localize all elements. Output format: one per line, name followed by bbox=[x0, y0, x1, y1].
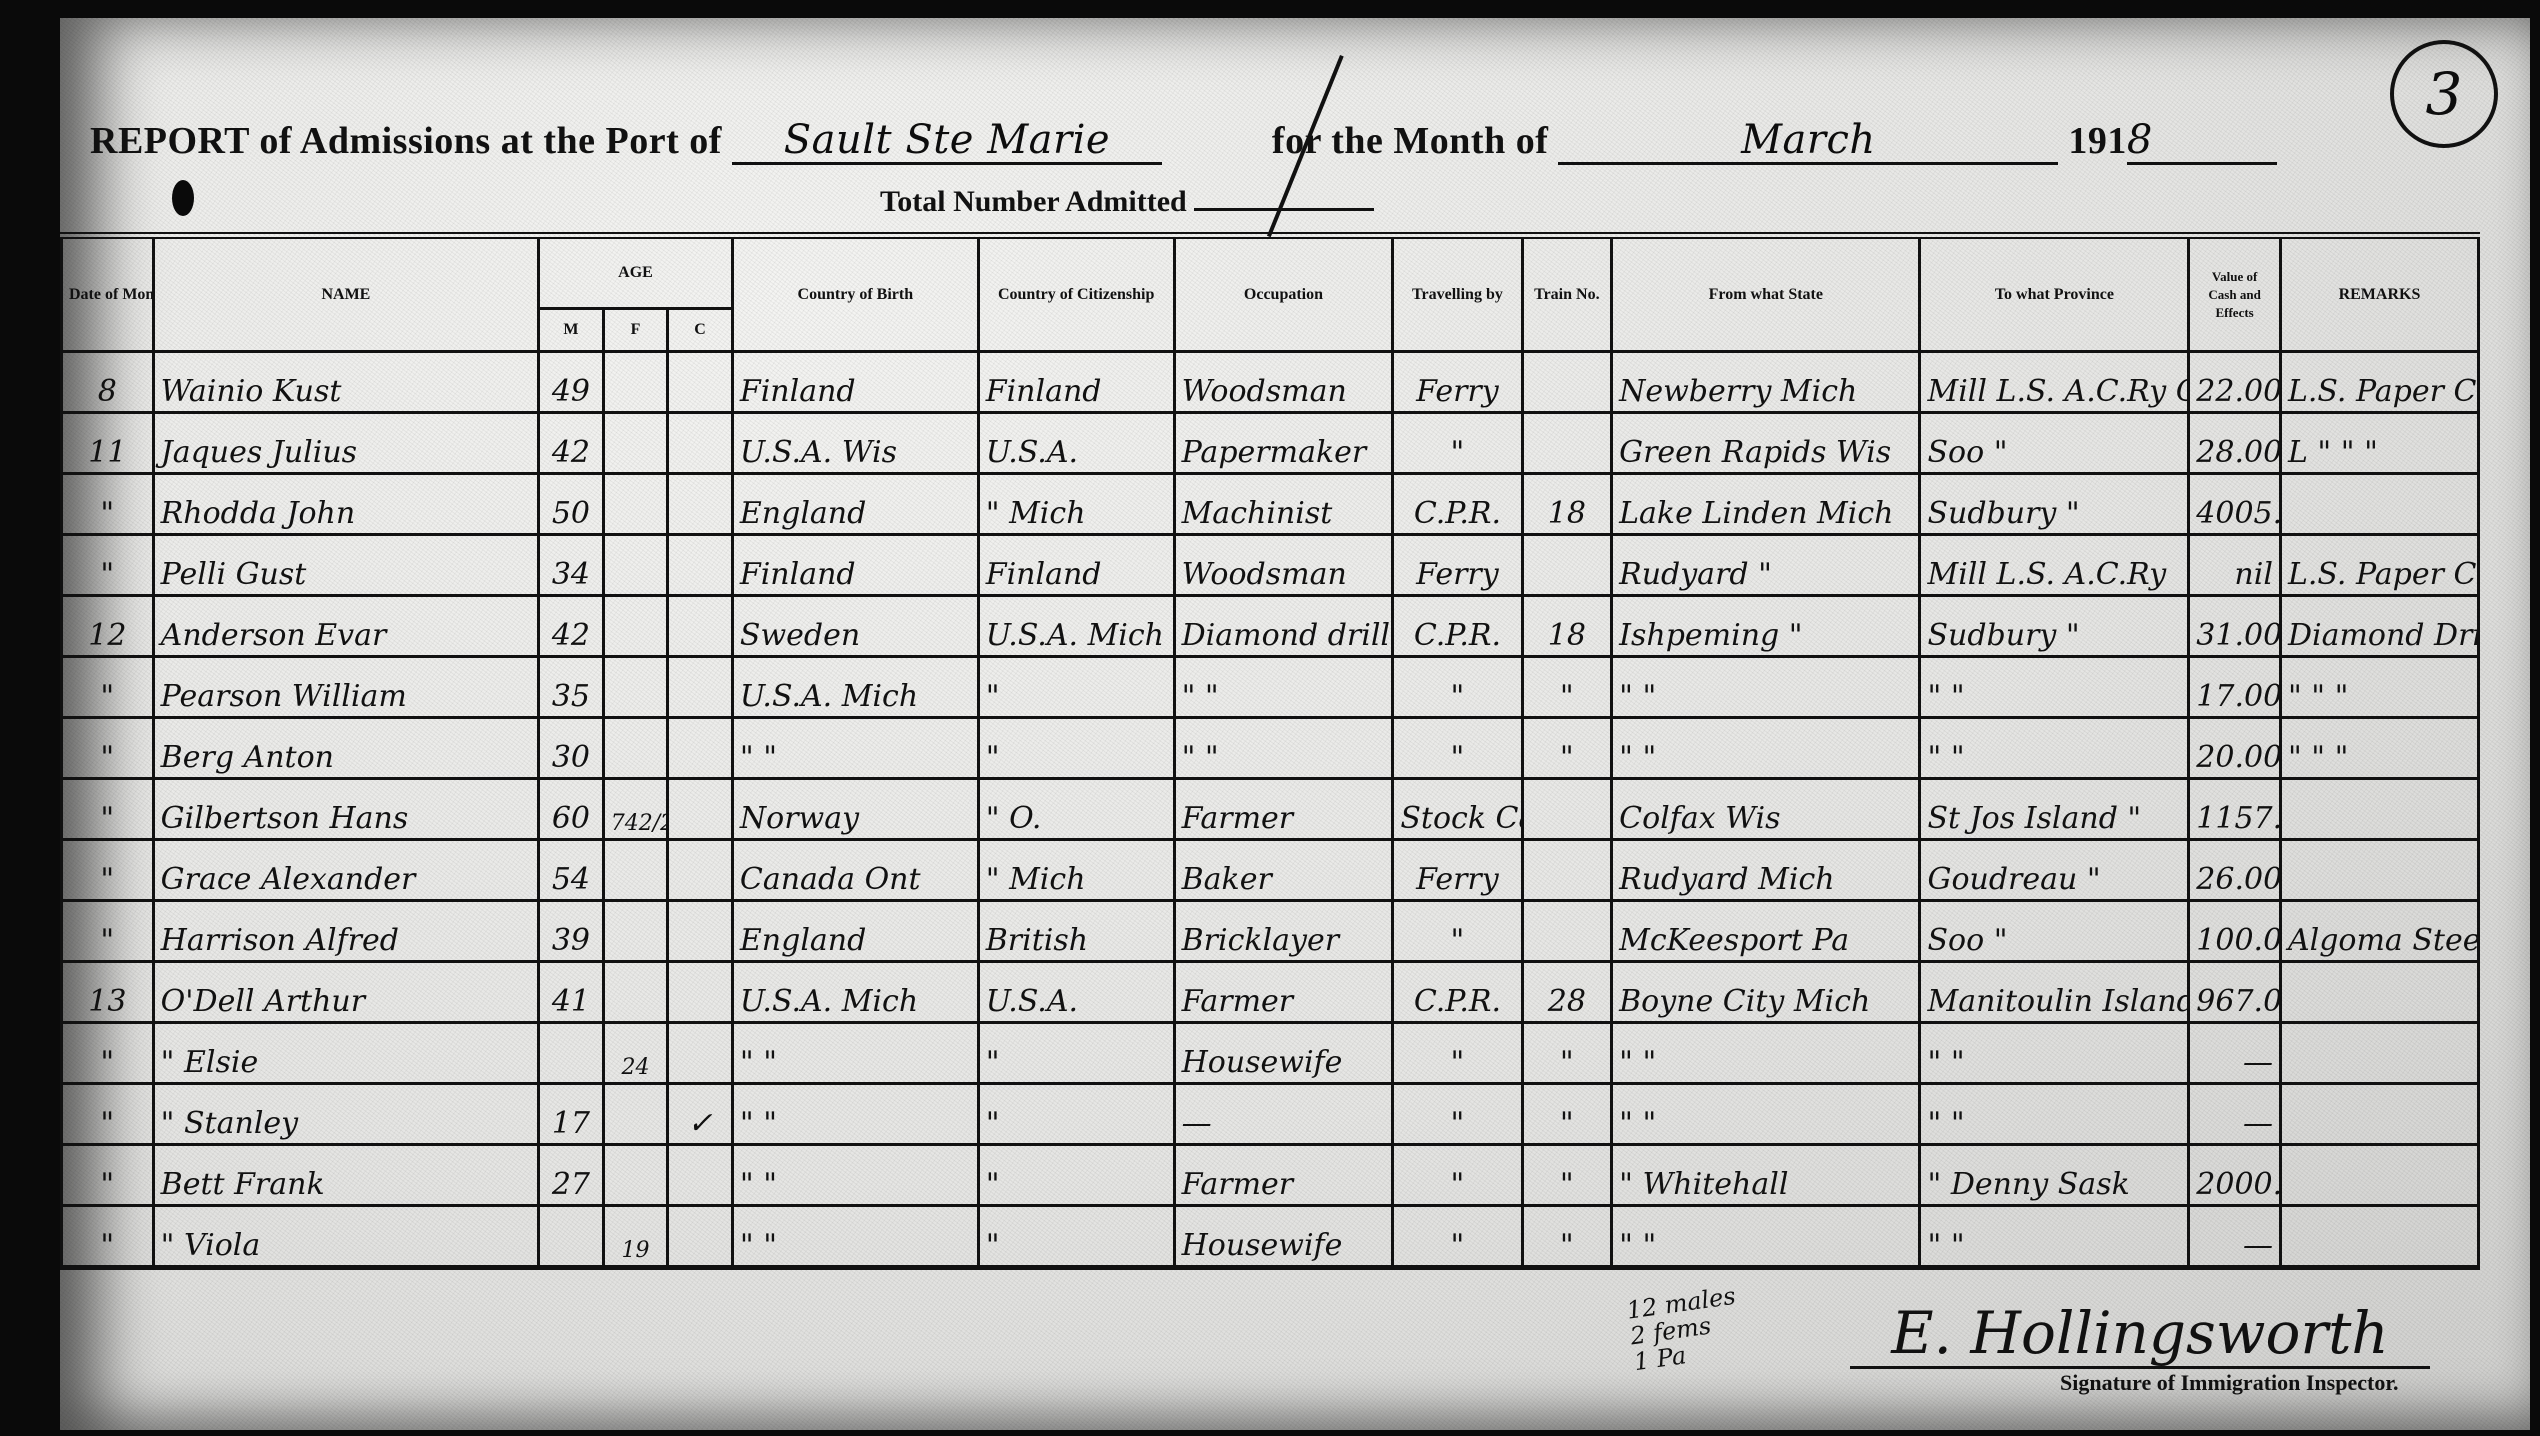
table-row: "Grace Alexander54Canada Ont" MichBakerF… bbox=[62, 840, 2479, 901]
cell-to-province: Soo " bbox=[1920, 901, 2189, 962]
cell-travelling: " bbox=[1393, 1145, 1522, 1206]
cell-name: Pearson William bbox=[153, 657, 538, 718]
cell-name: Pelli Gust bbox=[153, 535, 538, 596]
cell-to-province: Sudbury " bbox=[1920, 596, 2189, 657]
cell-remarks bbox=[2280, 962, 2478, 1023]
cell-travelling: C.P.R. bbox=[1393, 596, 1522, 657]
cell-name: " Elsie bbox=[153, 1023, 538, 1084]
cell-c bbox=[668, 1023, 733, 1084]
header-remarks: REMARKS bbox=[2280, 236, 2478, 352]
cell-birth: U.S.A. Wis bbox=[732, 413, 978, 474]
year-prefix: 191 bbox=[2068, 120, 2127, 162]
cell-name: " Stanley bbox=[153, 1084, 538, 1145]
cell-date: 12 bbox=[62, 596, 154, 657]
cell-citizenship: Finland bbox=[978, 535, 1174, 596]
cell-name: O'Dell Arthur bbox=[153, 962, 538, 1023]
cell-citizenship: U.S.A. Mich bbox=[978, 596, 1174, 657]
cell-date: " bbox=[62, 535, 154, 596]
cell-occupation: Machinist bbox=[1174, 474, 1393, 535]
cell-from-state: Ishpeming " bbox=[1612, 596, 1920, 657]
cell-name: Anderson Evar bbox=[153, 596, 538, 657]
signature-label: Signature of Immigration Inspector. bbox=[2060, 1370, 2399, 1396]
cell-date: " bbox=[62, 840, 154, 901]
tally-note: 12 males 2 fems 1 Pa bbox=[1625, 1283, 1744, 1375]
header-age-m: M bbox=[539, 309, 604, 352]
cell-citizenship: " bbox=[978, 718, 1174, 779]
cell-remarks bbox=[2280, 1206, 2478, 1268]
cell-birth: " " bbox=[732, 1084, 978, 1145]
page-number-circle: 3 bbox=[2390, 40, 2498, 148]
cell-travelling: Stock Car bbox=[1393, 779, 1522, 840]
cell-birth: Sweden bbox=[732, 596, 978, 657]
cell-m: 50 bbox=[539, 474, 604, 535]
cell-travelling: " bbox=[1393, 413, 1522, 474]
cell-date: " bbox=[62, 474, 154, 535]
table-row: "Bett Frank27" ""Farmer""" Whitehall" De… bbox=[62, 1145, 2479, 1206]
header-from-state: From what State bbox=[1612, 236, 1920, 352]
cell-cash: — bbox=[2189, 1206, 2281, 1268]
header-travelling: Travelling by bbox=[1393, 236, 1522, 352]
cell-train bbox=[1522, 901, 1612, 962]
cell-f bbox=[603, 413, 668, 474]
table-row: "Berg Anton30" """ """" "" "20.00" " " bbox=[62, 718, 2479, 779]
cell-train: 18 bbox=[1522, 596, 1612, 657]
cell-from-state: Boyne City Mich bbox=[1612, 962, 1920, 1023]
cell-train: " bbox=[1522, 1023, 1612, 1084]
table-row: 8Wainio Kust49FinlandFinlandWoodsmanFerr… bbox=[62, 352, 2479, 413]
cell-travelling: " bbox=[1393, 1084, 1522, 1145]
cell-occupation: Papermaker bbox=[1174, 413, 1393, 474]
report-title-line: REPORT of Admissions at the Port of Saul… bbox=[90, 118, 2277, 165]
cell-cash: — bbox=[2189, 1023, 2281, 1084]
cell-name: Wainio Kust bbox=[153, 352, 538, 413]
cell-m: 49 bbox=[539, 352, 604, 413]
cell-from-state: Lake Linden Mich bbox=[1612, 474, 1920, 535]
cell-c bbox=[668, 474, 733, 535]
cell-date: 11 bbox=[62, 413, 154, 474]
header-citizenship: Country of Citizenship bbox=[978, 236, 1174, 352]
cell-f bbox=[603, 352, 668, 413]
table-row: 11Jaques Julius42U.S.A. WisU.S.A.Paperma… bbox=[62, 413, 2479, 474]
header-to-province: To what Province bbox=[1920, 236, 2189, 352]
cell-train bbox=[1522, 779, 1612, 840]
cell-c bbox=[668, 901, 733, 962]
port-field: Sault Ste Marie bbox=[732, 118, 1162, 165]
cell-m: 42 bbox=[539, 596, 604, 657]
cell-f bbox=[603, 474, 668, 535]
cell-birth: England bbox=[732, 474, 978, 535]
cell-occupation: Diamond drill bbox=[1174, 596, 1393, 657]
cell-birth: U.S.A. Mich bbox=[732, 962, 978, 1023]
table-row: "" Viola19" ""Housewife""" "" "— bbox=[62, 1206, 2479, 1268]
cell-to-province: Soo " bbox=[1920, 413, 2189, 474]
cell-date: " bbox=[62, 779, 154, 840]
cell-f bbox=[603, 962, 668, 1023]
cell-travelling: " bbox=[1393, 1023, 1522, 1084]
cell-train: " bbox=[1522, 1084, 1612, 1145]
table-row: "Pelli Gust34FinlandFinlandWoodsmanFerry… bbox=[62, 535, 2479, 596]
header-occupation: Occupation bbox=[1174, 236, 1393, 352]
cell-name: Jaques Julius bbox=[153, 413, 538, 474]
cell-train bbox=[1522, 413, 1612, 474]
cell-cash: — bbox=[2189, 1084, 2281, 1145]
header-date: Date of Month bbox=[62, 236, 154, 352]
cell-to-province: St Jos Island " bbox=[1920, 779, 2189, 840]
table-row: "Rhodda John50England" MichMachinistC.P.… bbox=[62, 474, 2479, 535]
cell-date: " bbox=[62, 1084, 154, 1145]
cell-c bbox=[668, 840, 733, 901]
cell-train bbox=[1522, 840, 1612, 901]
cell-to-province: " " bbox=[1920, 1084, 2189, 1145]
cell-remarks: " " " bbox=[2280, 657, 2478, 718]
title-prefix: REPORT of Admissions at the Port of bbox=[90, 120, 722, 162]
cell-cash: 26.00 bbox=[2189, 840, 2281, 901]
cell-citizenship: " Mich bbox=[978, 474, 1174, 535]
cell-from-state: " " bbox=[1612, 1206, 1920, 1268]
cell-name: " Viola bbox=[153, 1206, 538, 1268]
cell-remarks: L.S. Paper Co bbox=[2280, 535, 2478, 596]
cell-to-province: Goudreau " bbox=[1920, 840, 2189, 901]
cell-c bbox=[668, 779, 733, 840]
cell-date: " bbox=[62, 1145, 154, 1206]
cell-f: 742/27 bbox=[603, 779, 668, 840]
cell-birth: Finland bbox=[732, 535, 978, 596]
cell-from-state: " " bbox=[1612, 657, 1920, 718]
cell-birth: " " bbox=[732, 1206, 978, 1268]
total-field bbox=[1194, 208, 1374, 211]
cell-occupation: Woodsman bbox=[1174, 535, 1393, 596]
cell-occupation: Farmer bbox=[1174, 962, 1393, 1023]
cell-from-state: Rudyard Mich bbox=[1612, 840, 1920, 901]
cell-to-province: " " bbox=[1920, 1023, 2189, 1084]
cell-remarks bbox=[2280, 1023, 2478, 1084]
cell-train: " bbox=[1522, 1145, 1612, 1206]
cell-birth: Norway bbox=[732, 779, 978, 840]
cell-from-state: " " bbox=[1612, 1023, 1920, 1084]
cell-occupation: Farmer bbox=[1174, 779, 1393, 840]
table-row: "" Elsie24" ""Housewife""" "" "— bbox=[62, 1023, 2479, 1084]
cell-c bbox=[668, 718, 733, 779]
cell-cash: 22.00 bbox=[2189, 352, 2281, 413]
cell-date: 8 bbox=[62, 352, 154, 413]
table-row: 12Anderson Evar42SwedenU.S.A. MichDiamon… bbox=[62, 596, 2479, 657]
cell-travelling: " bbox=[1393, 1206, 1522, 1268]
cell-occupation: Bricklayer bbox=[1174, 901, 1393, 962]
cell-c bbox=[668, 352, 733, 413]
cell-to-province: Manitoulin Island bbox=[1920, 962, 2189, 1023]
cell-from-state: Green Rapids Wis bbox=[1612, 413, 1920, 474]
cell-f bbox=[603, 1145, 668, 1206]
table-row: "Harrison Alfred39EnglandBritishBricklay… bbox=[62, 901, 2479, 962]
cell-c bbox=[668, 596, 733, 657]
cell-m bbox=[539, 1023, 604, 1084]
cell-f bbox=[603, 718, 668, 779]
cell-occupation: Housewife bbox=[1174, 1023, 1393, 1084]
cell-travelling: Ferry bbox=[1393, 840, 1522, 901]
cell-cash: 1157.00 bbox=[2189, 779, 2281, 840]
cell-remarks: Diamond Drill & Boyles bbox=[2280, 596, 2478, 657]
cell-date: " bbox=[62, 1023, 154, 1084]
cell-date: " bbox=[62, 657, 154, 718]
cell-cash: 20.00 bbox=[2189, 718, 2281, 779]
cell-travelling: C.P.R. bbox=[1393, 474, 1522, 535]
cell-m: 60 bbox=[539, 779, 604, 840]
cell-f: 19 bbox=[603, 1206, 668, 1268]
cell-cash: 31.00 bbox=[2189, 596, 2281, 657]
cell-citizenship: " bbox=[978, 1206, 1174, 1268]
cell-cash: 967.00 bbox=[2189, 962, 2281, 1023]
cell-f bbox=[603, 657, 668, 718]
cell-citizenship: " bbox=[978, 657, 1174, 718]
cell-c bbox=[668, 1145, 733, 1206]
cell-remarks: " " " bbox=[2280, 718, 2478, 779]
total-label: Total Number Admitted bbox=[880, 185, 1187, 218]
inspector-signature: E. Hollingsworth bbox=[1850, 1300, 2430, 1369]
cell-f bbox=[603, 1084, 668, 1145]
total-admitted-line: Total Number Admitted bbox=[880, 185, 1374, 219]
cell-remarks: L.S. Paper Co bbox=[2280, 352, 2478, 413]
cell-f: 24 bbox=[603, 1023, 668, 1084]
cell-remarks: L " " " bbox=[2280, 413, 2478, 474]
cell-cash: 100.00 bbox=[2189, 901, 2281, 962]
cell-train: " bbox=[1522, 657, 1612, 718]
admissions-table: Date of Month NAME AGE Country of Birth … bbox=[60, 232, 2480, 1270]
cell-citizenship: U.S.A. bbox=[978, 413, 1174, 474]
cell-travelling: Ferry bbox=[1393, 535, 1522, 596]
cell-travelling: " bbox=[1393, 718, 1522, 779]
cell-c bbox=[668, 657, 733, 718]
cell-citizenship: " Mich bbox=[978, 840, 1174, 901]
cell-cash: 28.00 bbox=[2189, 413, 2281, 474]
cell-from-state: " " bbox=[1612, 1084, 1920, 1145]
cell-c bbox=[668, 535, 733, 596]
cell-citizenship: " bbox=[978, 1084, 1174, 1145]
cell-m: 27 bbox=[539, 1145, 604, 1206]
cell-name: Berg Anton bbox=[153, 718, 538, 779]
cell-occupation: Baker bbox=[1174, 840, 1393, 901]
cell-travelling: " bbox=[1393, 657, 1522, 718]
cell-m: 30 bbox=[539, 718, 604, 779]
table-row: "" Stanley17✓" ""—""" "" "— bbox=[62, 1084, 2479, 1145]
cell-cash: 17.00 bbox=[2189, 657, 2281, 718]
table-row: "Gilbertson Hans60742/27Norway" O.Farmer… bbox=[62, 779, 2479, 840]
cell-occupation: " " bbox=[1174, 657, 1393, 718]
cell-travelling: " bbox=[1393, 901, 1522, 962]
cell-to-province: " " bbox=[1920, 1206, 2189, 1268]
header-birth: Country of Birth bbox=[732, 236, 978, 352]
cell-f bbox=[603, 535, 668, 596]
cell-name: Rhodda John bbox=[153, 474, 538, 535]
month-field: March bbox=[1558, 118, 2058, 165]
header-age-f: F bbox=[603, 309, 668, 352]
cell-m: 34 bbox=[539, 535, 604, 596]
cell-citizenship: " bbox=[978, 1145, 1174, 1206]
cell-birth: " " bbox=[732, 1145, 978, 1206]
cell-citizenship: U.S.A. bbox=[978, 962, 1174, 1023]
cell-remarks bbox=[2280, 1084, 2478, 1145]
cell-date: " bbox=[62, 901, 154, 962]
cell-c bbox=[668, 413, 733, 474]
cell-from-state: " Whitehall bbox=[1612, 1145, 1920, 1206]
cell-birth: " " bbox=[732, 1023, 978, 1084]
header-name: NAME bbox=[153, 236, 538, 352]
cell-from-state: Newberry Mich bbox=[1612, 352, 1920, 413]
cell-citizenship: " bbox=[978, 1023, 1174, 1084]
cell-travelling: Ferry bbox=[1393, 352, 1522, 413]
cell-occupation: Woodsman bbox=[1174, 352, 1393, 413]
cell-to-province: " Denny Sask bbox=[1920, 1145, 2189, 1206]
cell-m: 17 bbox=[539, 1084, 604, 1145]
header-cash: Value of Cash and Effects bbox=[2189, 236, 2281, 352]
table-row: 13O'Dell Arthur41U.S.A. MichU.S.A.Farmer… bbox=[62, 962, 2479, 1023]
cell-remarks bbox=[2280, 840, 2478, 901]
cell-cash: nil bbox=[2189, 535, 2281, 596]
cell-m: 35 bbox=[539, 657, 604, 718]
cell-birth: " " bbox=[732, 718, 978, 779]
cell-to-province: Mill L.S. A.C.Ry bbox=[1920, 535, 2189, 596]
cell-name: Harrison Alfred bbox=[153, 901, 538, 962]
punch-hole bbox=[172, 180, 194, 216]
cell-birth: Finland bbox=[732, 352, 978, 413]
cell-name: Grace Alexander bbox=[153, 840, 538, 901]
header-train: Train No. bbox=[1522, 236, 1612, 352]
header-age: AGE bbox=[539, 236, 733, 309]
cell-f bbox=[603, 596, 668, 657]
cell-train bbox=[1522, 352, 1612, 413]
cell-date: 13 bbox=[62, 962, 154, 1023]
cell-remarks: Algoma Steel Co bbox=[2280, 901, 2478, 962]
cell-train bbox=[1522, 535, 1612, 596]
cell-cash: 4005.00 bbox=[2189, 474, 2281, 535]
cell-m bbox=[539, 1206, 604, 1268]
year-field: 8 bbox=[2127, 118, 2277, 165]
cell-name: Bett Frank bbox=[153, 1145, 538, 1206]
cell-citizenship: " O. bbox=[978, 779, 1174, 840]
cell-birth: U.S.A. Mich bbox=[732, 657, 978, 718]
cell-occupation: " " bbox=[1174, 718, 1393, 779]
cell-m: 42 bbox=[539, 413, 604, 474]
cell-c: ✓ bbox=[668, 1084, 733, 1145]
cell-remarks bbox=[2280, 1145, 2478, 1206]
cell-to-province: Sudbury " bbox=[1920, 474, 2189, 535]
cell-occupation: Housewife bbox=[1174, 1206, 1393, 1268]
cell-birth: England bbox=[732, 901, 978, 962]
cell-from-state: Colfax Wis bbox=[1612, 779, 1920, 840]
cell-citizenship: Finland bbox=[978, 352, 1174, 413]
cell-to-province: Mill L.S. A.C.Ry Ont bbox=[1920, 352, 2189, 413]
cell-remarks bbox=[2280, 779, 2478, 840]
cell-train: " bbox=[1522, 718, 1612, 779]
header-age-c: C bbox=[668, 309, 733, 352]
cell-train: " bbox=[1522, 1206, 1612, 1268]
cell-m: 39 bbox=[539, 901, 604, 962]
cell-train: 28 bbox=[1522, 962, 1612, 1023]
cell-m: 41 bbox=[539, 962, 604, 1023]
cell-from-state: " " bbox=[1612, 718, 1920, 779]
cell-to-province: " " bbox=[1920, 718, 2189, 779]
cell-to-province: " " bbox=[1920, 657, 2189, 718]
cell-from-state: McKeesport Pa bbox=[1612, 901, 1920, 962]
cell-birth: Canada Ont bbox=[732, 840, 978, 901]
cell-m: 54 bbox=[539, 840, 604, 901]
cell-cash: 2000.00 bbox=[2189, 1145, 2281, 1206]
cell-train: 18 bbox=[1522, 474, 1612, 535]
cell-occupation: Farmer bbox=[1174, 1145, 1393, 1206]
cell-f bbox=[603, 901, 668, 962]
table-row: "Pearson William35U.S.A. Mich"" """" "" … bbox=[62, 657, 2479, 718]
cell-travelling: C.P.R. bbox=[1393, 962, 1522, 1023]
cell-date: " bbox=[62, 1206, 154, 1268]
cell-date: " bbox=[62, 718, 154, 779]
cell-remarks bbox=[2280, 474, 2478, 535]
cell-name: Gilbertson Hans bbox=[153, 779, 538, 840]
cell-occupation: — bbox=[1174, 1084, 1393, 1145]
cell-from-state: Rudyard " bbox=[1612, 535, 1920, 596]
cell-c bbox=[668, 962, 733, 1023]
cell-citizenship: British bbox=[978, 901, 1174, 962]
cell-c bbox=[668, 1206, 733, 1268]
cell-f bbox=[603, 840, 668, 901]
